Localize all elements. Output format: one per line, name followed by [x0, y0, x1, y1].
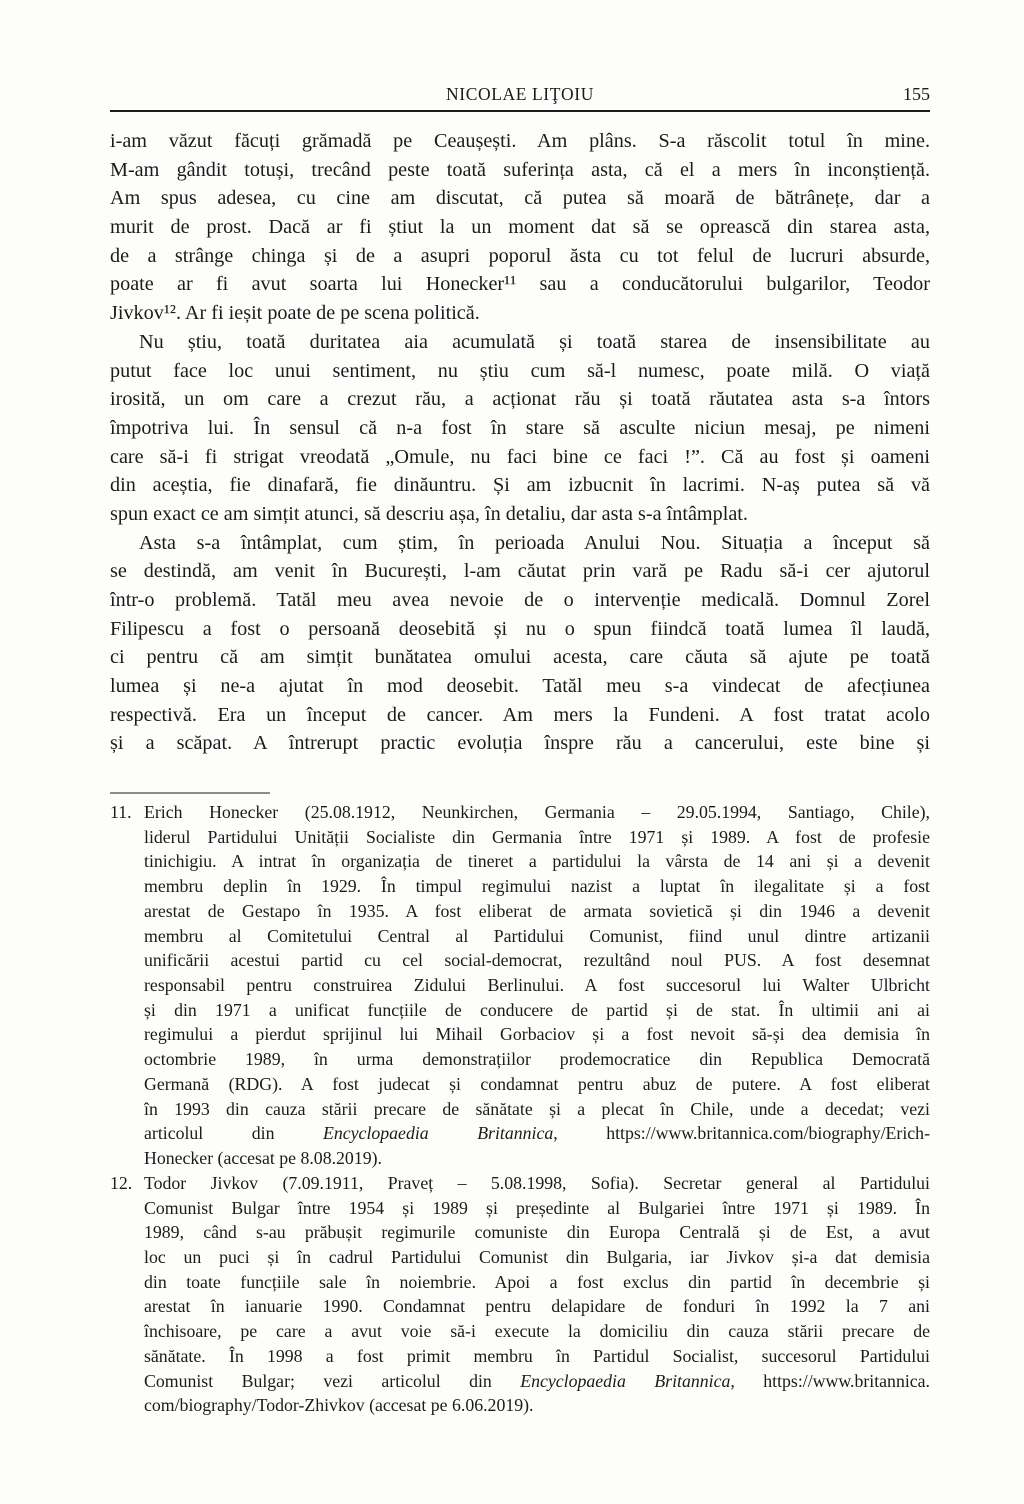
text-line: închisoare, pe care a avut voie să-i exe…: [144, 1319, 930, 1344]
text-line: și a scăpat. A întrerupt practic evoluți…: [110, 729, 930, 758]
text-line: ci pentru că am simțit bunătatea omului …: [110, 643, 930, 672]
footnote-number: 11.: [110, 800, 140, 825]
text-line: Todor Jivkov (7.09.1911, Praveț – 5.08.1…: [144, 1171, 930, 1196]
text-line: în 1993 din cauza stării precare de sănă…: [144, 1097, 930, 1122]
header-author: NICOLAE LIŢOIU: [110, 84, 930, 105]
page-number: 155: [903, 84, 930, 105]
text-line: din toate funcțiile sale în noiembrie. A…: [144, 1270, 930, 1295]
text-line: unificării acestui partid cu cel social-…: [144, 948, 930, 973]
book-page: NICOLAE LIŢOIU 155 i-am văzut făcuți gră…: [0, 0, 1024, 1504]
text-line: poate ar fi avut soarta lui Honecker¹¹ s…: [110, 270, 930, 299]
text-line: Nu știu, toată duritatea aia acumulată ș…: [110, 328, 930, 357]
text-line: loc un puci și în cadrul Partidului Comu…: [144, 1245, 930, 1270]
text-line: putut face loc unui sentiment, nu știu c…: [110, 357, 930, 386]
text-line: com/biography/Todor-Zhivkov (accesat pe …: [144, 1393, 930, 1418]
text-line: membru al Comitetului Central al Partidu…: [144, 924, 930, 949]
text-line: Honecker (accesat pe 8.08.2019).: [144, 1146, 930, 1171]
text-line: Comunist Bulgar; vezi articolul din Ency…: [144, 1369, 930, 1394]
text-line: articolul din Encyclopaedia Britannica, …: [144, 1121, 930, 1146]
text-line: 1989, când s-au prăbușit regimurile comu…: [144, 1220, 930, 1245]
text-line: care să-i fi strigat vreodată „Omule, nu…: [110, 443, 930, 472]
text-line: liderul Partidului Unității Socialiste d…: [144, 825, 930, 850]
text-line: arestat de Gestapo în 1935. A fost elibe…: [144, 899, 930, 924]
text-line: într-o problemă. Tatăl meu avea nevoie d…: [110, 586, 930, 615]
text-line: tinichigiu. A intrat în organizația de t…: [144, 849, 930, 874]
footnote-number: 12.: [110, 1171, 140, 1196]
text-line: de a strânge chinga și de a asupri popor…: [110, 242, 930, 271]
text-line: se destindă, am venit în București, l-am…: [110, 557, 930, 586]
text-line: murit de prost. Dacă ar fi știut la un m…: [110, 213, 930, 242]
text-line: Asta s-a întâmplat, cum știm, în perioad…: [110, 529, 930, 558]
text-line: i-am văzut făcuți grămadă pe Ceaușești. …: [110, 127, 930, 156]
body-text: i-am văzut făcuți grămadă pe Ceaușești. …: [110, 127, 930, 758]
text-line: lumea și ne-a ajutat în mod deosebit. Ta…: [110, 672, 930, 701]
footnote-item: 11.Erich Honecker (25.08.1912, Neunkirch…: [110, 800, 930, 1171]
text-line: regimului a pierdut sprijinul lui Mihail…: [144, 1022, 930, 1047]
text-line: din aceștia, fie dinafară, fie dinăuntru…: [110, 471, 930, 500]
text-line: M-am gândit totuși, trecând peste toată …: [110, 156, 930, 185]
text-line: octombrie 1989, în urma demonstrațiilor …: [144, 1047, 930, 1072]
text-line: Erich Honecker (25.08.1912, Neunkirchen,…: [144, 800, 930, 825]
running-header: NICOLAE LIŢOIU 155: [110, 84, 930, 108]
text-line: Germană (RDG). A fost judecat și condamn…: [144, 1072, 930, 1097]
header-rule: [110, 110, 930, 112]
text-line: responsabil pentru construirea Zidului B…: [144, 973, 930, 998]
text-line: Jivkov¹². Ar fi ieșit poate de pe scena …: [110, 299, 930, 328]
footnote-separator: [110, 792, 270, 794]
text-line: și din 1971 a unificat funcțiile de cond…: [144, 998, 930, 1023]
text-line: Am spus adesea, cu cine am discutat, că …: [110, 184, 930, 213]
text-line: împotriva lui. În sensul că n-a fost în …: [110, 414, 930, 443]
footnotes: 11.Erich Honecker (25.08.1912, Neunkirch…: [110, 800, 930, 1418]
text-line: Filipescu a fost o persoană deosebită și…: [110, 615, 930, 644]
text-line: irosită, un om care a crezut rău, a acți…: [110, 385, 930, 414]
text-line: sănătate. În 1998 a fost primit membru î…: [144, 1344, 930, 1369]
footnote-item: 12.Todor Jivkov (7.09.1911, Praveț – 5.0…: [110, 1171, 930, 1418]
text-line: arestat în ianuarie 1990. Condamnat pent…: [144, 1294, 930, 1319]
text-line: spun exact ce am simțit atunci, să descr…: [110, 500, 930, 529]
text-line: membru deplin în 1929. În timpul regimul…: [144, 874, 930, 899]
text-line: Comunist Bulgar între 1954 și 1989 și pr…: [144, 1196, 930, 1221]
text-line: respectivă. Era un început de cancer. Am…: [110, 701, 930, 730]
